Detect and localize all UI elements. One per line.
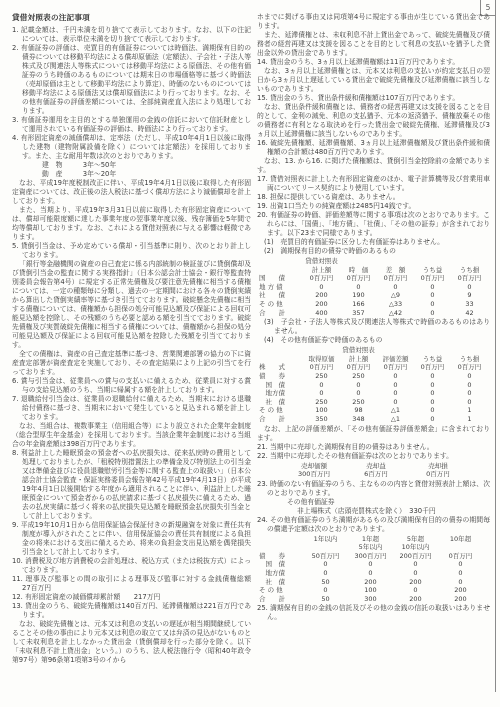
- note-item: 10. 消費税及び地方消費税の会計処理は、税込方式（または税抜方式）によっており…: [12, 557, 251, 575]
- table-header-cell: 差 額: [377, 266, 414, 275]
- table-cell: 0: [414, 415, 451, 424]
- note-item: 14. 貸出金のうち、3ヵ月以上延滞債権額は11百万円であります。: [257, 58, 490, 67]
- table-cell: 250: [303, 398, 340, 407]
- table-row: 合 計350348△101: [259, 415, 488, 424]
- note-paragraph: また、延滞債権とは、未収利息不計上貸出金であって、破綻先債権及び債務者の経営再建…: [257, 31, 490, 58]
- table-cell: 0: [303, 381, 340, 390]
- note-item: 18. 担保に提供している資産は、ありません。: [257, 193, 490, 202]
- note-item: 1. 記載金額は、千円未満を切り捨てて表示しております。なお、以下の注記について…: [12, 26, 251, 44]
- table-row-label: 合 計: [259, 415, 303, 424]
- table-header-cell: 売却益: [345, 462, 407, 471]
- table-header-cell: 取得原価: [303, 355, 340, 364]
- note-paragraph: なお、貸出条件緩和債権とは、債務者の経営再建又は支援を図ることを目的として、金利…: [257, 103, 490, 139]
- note-subitem: (3) 子会社・子法人等株式及び関連法人等株式で時価のあるものはありません。: [257, 318, 490, 336]
- table-row-label: 合 計: [259, 595, 303, 604]
- table-cell: 0: [303, 283, 340, 292]
- table-cell: 200: [303, 300, 340, 309]
- table-header-cell: 1年超: [348, 535, 393, 544]
- table-cell: 0: [438, 560, 483, 569]
- table-header-cell: 10年超: [438, 535, 483, 544]
- table-header-cell: [438, 543, 483, 552]
- table-cell: 0: [340, 381, 377, 390]
- table-cell: 300百万円: [283, 470, 345, 479]
- table-cell: 0: [414, 381, 451, 390]
- table-row: 合 計50300200200: [259, 595, 483, 604]
- table-cell: 0百万円: [303, 363, 340, 372]
- table-header-cell: うち益: [414, 355, 451, 364]
- table-cell: 400: [303, 309, 340, 318]
- table-header-cell: 貸借対照表: [303, 257, 340, 266]
- table-cell: 350: [303, 415, 340, 424]
- table-cell: 200: [303, 291, 340, 300]
- table-cell: 0百万円: [414, 363, 451, 372]
- table-cell: 348: [340, 415, 377, 424]
- table-cell: 0: [303, 586, 348, 595]
- table-cell: 0: [451, 398, 488, 407]
- note-item: 6. 賞与引当金は、従業員への賞与の支払いに備えるため、従業員に対する賞与の支給…: [12, 377, 251, 395]
- table-header-cell: [259, 535, 303, 544]
- table-row-label: そ の 他: [259, 300, 303, 309]
- table-cell: 200: [348, 578, 393, 587]
- table-cell: 0: [303, 569, 348, 578]
- note-item: 3. 有価証券運用を主目的とする単独運用の金銭の信託において信託財産として運用さ…: [12, 116, 251, 134]
- table-row: 株 式0百万円0百万円0百万円0百万円0百万円: [259, 363, 488, 372]
- table-header-cell: 1年以内: [303, 535, 348, 544]
- note-item: 24. その他有価証券のうち満期があるもの及び満期保有目的の債券の期間毎の償還予…: [257, 516, 490, 534]
- note-item: 4. 有形固定資産の減価償却は、定率法（ただし、平成10年4月1日以後に取得した…: [12, 134, 251, 161]
- table-cell: 0百万円: [438, 552, 483, 561]
- table-row: 国 債0000: [259, 560, 483, 569]
- table-header-cell: [259, 257, 303, 266]
- table-cell: 1: [451, 415, 488, 424]
- table-cell: 0: [348, 569, 393, 578]
- table-row-label: 国 債: [259, 560, 303, 569]
- note-line: 建 物 3年～50年: [12, 161, 251, 170]
- table-cell: 200百万円: [393, 552, 438, 561]
- note-paragraph: また、当期より、平成19年3月31日以前に取得した有形固定資産については、償却可…: [12, 206, 251, 242]
- table-header-cell: うち損: [451, 355, 488, 364]
- note-item: 9. 平成19年10月1日から信用保証協会保証付きの新規融資を対象に責任共有制度…: [12, 521, 251, 557]
- note-paragraph: なお、3ヵ月以上延滞債権とは、元本又は利息の支払いが約定支払日の翌日から3ヵ月以…: [257, 67, 490, 94]
- table-header-cell: 計上額: [340, 355, 377, 364]
- note-paragraph: なお、上記の評価差額が、「その他有価証券評価差額金」に含まれております。: [257, 425, 490, 443]
- table-cell: 0: [377, 372, 414, 381]
- note-item: 19. 出資1口当たりの純資産額は2485円14銭です。: [257, 202, 490, 211]
- table-header-cell: 5年以内: [348, 543, 393, 552]
- table-header-row: 貸借対照表: [259, 257, 488, 266]
- table-cell: 250: [340, 372, 377, 381]
- table-header-cell: [377, 257, 414, 266]
- table-cell: 0: [451, 372, 488, 381]
- note-paragraph: なお、平成19年度税制改正に伴い、平成19年4月1日以後に取得した有形固定資産に…: [12, 179, 251, 206]
- note-item: 8. 利益計上した睡眠預金の預金者への払戻損失は、従来払戻時の費用として処理して…: [12, 449, 251, 521]
- table-row: 合 計400357△42042: [259, 309, 488, 318]
- note-item: 5. 貸倒引当金は、予め定めている償却・引当基準に則り、次のとおり計上しておりま…: [12, 242, 251, 260]
- table-header-cell: 5年超: [393, 535, 438, 544]
- table-row: そ の 他10098△101: [259, 406, 488, 415]
- table-cell: 50百万円: [303, 552, 348, 561]
- table-header-cell: 計上額: [303, 266, 340, 275]
- table-row-label: 社 債: [259, 578, 303, 587]
- table-row: 債 券250250000: [259, 372, 488, 381]
- table-header-row: 取得原価計上額評価差額うち益うち損: [259, 355, 488, 364]
- note-item: 11. 理事及び監事との間の取引による理事及び監事に対する金銭債権総額 27百万…: [12, 575, 251, 593]
- table-row-label: 国 債: [259, 274, 303, 283]
- table-cell: △1: [377, 415, 414, 424]
- table-cell: 33: [451, 300, 488, 309]
- table-cell: 357: [340, 309, 377, 318]
- table-header-row: 貸借対照表: [259, 346, 488, 355]
- table-cell: 0: [414, 372, 451, 381]
- table-cell: 98: [340, 406, 377, 415]
- table-header-cell: [377, 346, 414, 355]
- table-header-cell: [259, 346, 303, 355]
- note-item: 20. 有価証券の時価、評価差額等に関する事項は次のとおりであります。これらには…: [257, 211, 490, 238]
- note-item: 25. 満期保有目的の金銭の信託及びその他の金銭の信託の取扱いはありません。: [257, 604, 490, 622]
- document-page: 5 貸借対照表の注記事項 1. 記載金額は、千円未満を切り捨てて表示しております…: [0, 0, 500, 707]
- table-row-label: そ の 他: [259, 406, 303, 415]
- table-row: 国 債00000: [259, 381, 488, 390]
- table-cell: 0: [393, 569, 438, 578]
- table-cell: 0百万円: [414, 274, 451, 283]
- note-line: 非上場株式（店頭売買株式を除く） 330千円: [257, 507, 490, 516]
- note-paragraph: 全ての債権は、資産の自己査定基準に基づき、営業関連部署の協力の下に資産査定部署が…: [12, 350, 251, 377]
- table-cell: 0: [451, 283, 488, 292]
- table-header-cell: 時 価: [340, 266, 377, 275]
- table-cell: 42: [451, 309, 488, 318]
- table-cell: 0: [438, 578, 483, 587]
- table-cell: 200: [438, 586, 483, 595]
- note-table: 貸借対照表計上額時 価差 額うち益うち損国 債0百万円0百万円0百万円0百万円0…: [259, 257, 488, 317]
- table-header-cell: うち損: [451, 266, 488, 275]
- note-item: 23. 時価のない有価証券のうち、主なものの内容と貸借対照表計上額は、次のとおり…: [257, 480, 490, 498]
- note-table: 貸借対照表取得原価計上額評価差額うち益うち損株 式0百万円0百万円0百万円0百万…: [259, 346, 488, 423]
- table-header-row: 5年以内10年以内: [259, 543, 483, 552]
- table-row-label: 債 券: [259, 372, 303, 381]
- table-cell: 0百万円: [340, 363, 377, 372]
- table-cell: 0: [340, 283, 377, 292]
- note-item: 16. 破綻先債権額、延滞債権額、3ヵ月以上延滞債権額及び貸出条件緩和債権額の合…: [257, 139, 490, 157]
- table-row: そ の 他01000200: [259, 586, 483, 595]
- table-cell: 0百万円: [451, 363, 488, 372]
- table-row: 社 債502002000: [259, 578, 483, 587]
- table-cell: 0: [393, 560, 438, 569]
- table-cell: 6百万円: [345, 470, 407, 479]
- table-cell: 0百万円: [377, 363, 414, 372]
- table-cell: 300百万円: [348, 552, 393, 561]
- table-cell: 200: [393, 578, 438, 587]
- note-line: 動 産 3年～20年: [12, 170, 251, 179]
- table-header-cell: [259, 543, 303, 552]
- table-row-label: 合 計: [259, 309, 303, 318]
- table-cell: 0: [414, 309, 451, 318]
- notes-left-column: 1. 記載金額は、千円未満を切り捨てて表示しております。なお、以下の注記について…: [12, 26, 251, 665]
- table-row: 債 券50百万円300百万円200百万円0百万円: [259, 552, 483, 561]
- note-item: 13. 貸出金のうち、破綻先債権額は140百万円、延滞債権額は221百万円であり…: [12, 602, 251, 620]
- table-cell: 0: [377, 283, 414, 292]
- table-cell: 0: [414, 389, 451, 398]
- table-header-cell: [340, 257, 377, 266]
- table-cell: 0: [451, 389, 488, 398]
- note-item: 21. 当期中に売却した満期保有目的の債券はありません。: [257, 443, 490, 452]
- table-cell: 0: [414, 300, 451, 309]
- table-row-label: 地方債: [259, 389, 303, 398]
- table-cell: 100: [303, 406, 340, 415]
- notes-right-column: ホまでに掲げる事由又は同項第4号に規定する事由が生じている貸出金であります。また…: [257, 13, 490, 622]
- table-cell: △42: [377, 309, 414, 318]
- table-cell: △9: [377, 291, 414, 300]
- page-title: 貸借対照表の注記事項: [12, 12, 252, 23]
- table-row: 地方債00000: [259, 389, 488, 398]
- table-cell: 250: [340, 398, 377, 407]
- table-cell: 200: [438, 595, 483, 604]
- table-row-label: そ の 他: [259, 586, 303, 595]
- table-cell: 0: [303, 389, 340, 398]
- table-header-row: 売却価額売却益売却損: [283, 462, 469, 471]
- table-row: 社 債250250000: [259, 398, 488, 407]
- table-cell: 0: [393, 586, 438, 595]
- table-row-label: 国 債: [259, 381, 303, 390]
- table-cell: △1: [377, 406, 414, 415]
- table-cell: 0百万円: [303, 274, 340, 283]
- table-header-cell: 売却価額: [283, 462, 345, 471]
- table-header-cell: [451, 346, 488, 355]
- table-cell: 0: [414, 291, 451, 300]
- table-row: 地方債0000: [259, 569, 483, 578]
- table-cell: 0: [414, 406, 451, 415]
- table-cell: 0百万円: [451, 274, 488, 283]
- note-item: 2. 有価証券の評価は、売買目的有価証券については時価法、満期保有目的の債券につ…: [12, 44, 251, 116]
- table-header-cell: うち益: [414, 266, 451, 275]
- table-cell: 250: [303, 372, 340, 381]
- table-cell: 100: [348, 586, 393, 595]
- note-subitem: (1) 売買目的有価証券に区分した有価証券はありません。: [257, 238, 490, 247]
- table-header-cell: [303, 543, 348, 552]
- table-cell: 0百万円: [407, 470, 469, 479]
- page-edge-line: [495, 0, 496, 692]
- table-cell: 0: [377, 381, 414, 390]
- table-cell: 166: [340, 300, 377, 309]
- table-header-cell: 評価差額: [377, 355, 414, 364]
- note-paragraph: なお、当組合は、複数事業主（信用組合等）により設立された企業年金制度（総合型厚生…: [12, 422, 251, 449]
- table-row-label: 社 債: [259, 291, 303, 300]
- table-header-cell: [303, 346, 340, 355]
- table-cell: 0: [438, 569, 483, 578]
- table-cell: 50: [303, 595, 348, 604]
- note-item: 15. 貸出金のうち、貸出条件緩和債権額は107百万円であります。: [257, 94, 490, 103]
- table-cell: 0: [414, 398, 451, 407]
- table-row: 地 方 債00000: [259, 283, 488, 292]
- table-cell: 1: [451, 406, 488, 415]
- table-cell: 0: [303, 560, 348, 569]
- table-cell: 0: [377, 389, 414, 398]
- note-subitem: (2) 満期保有目的の債券で時価のあるもの: [257, 247, 490, 256]
- table-cell: 300: [348, 595, 393, 604]
- table-cell: 0: [451, 381, 488, 390]
- table-cell: 9: [451, 291, 488, 300]
- note-subitem: (4) その他有価証券で時価のあるもの: [257, 336, 490, 345]
- table-cell: 0: [340, 389, 377, 398]
- table-row: 社 債200190△909: [259, 291, 488, 300]
- table-row: 300百万円6百万円0百万円: [283, 470, 469, 479]
- table-cell: 190: [340, 291, 377, 300]
- note-table: 売却価額売却益売却損300百万円6百万円0百万円: [283, 462, 469, 479]
- table-cell: 0: [348, 560, 393, 569]
- note-table: 1年以内1年超5年超10年超5年以内10年以内債 券50百万円300百万円200…: [259, 535, 483, 604]
- table-row: 国 債0百万円0百万円0百万円0百万円0百万円: [259, 274, 488, 283]
- note-paragraph: 「銀行等金融機関の資産の自己査定に係る内部統制の検証並びに貸倒償却及び貸倒引当金…: [12, 260, 251, 350]
- note-continuation: ホまでに掲げる事由又は同項第4号に規定する事由が生じている貸出金であります。: [257, 13, 490, 31]
- table-row-label: 株 式: [259, 363, 303, 372]
- table-header-cell: [414, 346, 451, 355]
- table-header-cell: [451, 257, 488, 266]
- table-cell: 0: [377, 398, 414, 407]
- table-row-label: 地方債: [259, 569, 303, 578]
- table-header-cell: 貸借対照表: [340, 346, 377, 355]
- note-paragraph: なお、13. から16. に掲げた債権額は、貸倒引当金控除前の金額であります。: [257, 157, 490, 175]
- table-header-cell: [259, 266, 303, 275]
- table-header-cell: 売却損: [407, 462, 469, 471]
- note-paragraph: なお、破綻先債権とは、元本又は利息の支払いの遅延が相当期間継続していることその他…: [12, 620, 251, 665]
- table-header-cell: 10年以内: [393, 543, 438, 552]
- note-item: 22. 当期中に売却したその他有価証券は次のとおりであります。: [257, 452, 490, 461]
- table-cell: 200: [393, 595, 438, 604]
- note-item: 7. 退職給付引当金は、従業員の退職給付に備えるため、当期末における退職給付債務…: [12, 395, 251, 422]
- note-item: 12. 有形固定資産の減価償却累計額 217万円: [12, 593, 251, 602]
- note-item: 17. 貸借対照表に計上した有形固定資産のほか、電子計算機等及び営業用車両につい…: [257, 175, 490, 193]
- table-cell: 0百万円: [340, 274, 377, 283]
- table-cell: △33: [377, 300, 414, 309]
- table-cell: 0百万円: [377, 274, 414, 283]
- table-row: そ の 他200166△33033: [259, 300, 488, 309]
- table-header-row: 計上額時 価差 額うち益うち損: [259, 266, 488, 275]
- table-cell: 0: [414, 283, 451, 292]
- table-header-row: 1年以内1年超5年超10年超: [259, 535, 483, 544]
- table-header-cell: [414, 257, 451, 266]
- table-cell: 50: [303, 578, 348, 587]
- note-line: その他有価証券: [257, 498, 490, 507]
